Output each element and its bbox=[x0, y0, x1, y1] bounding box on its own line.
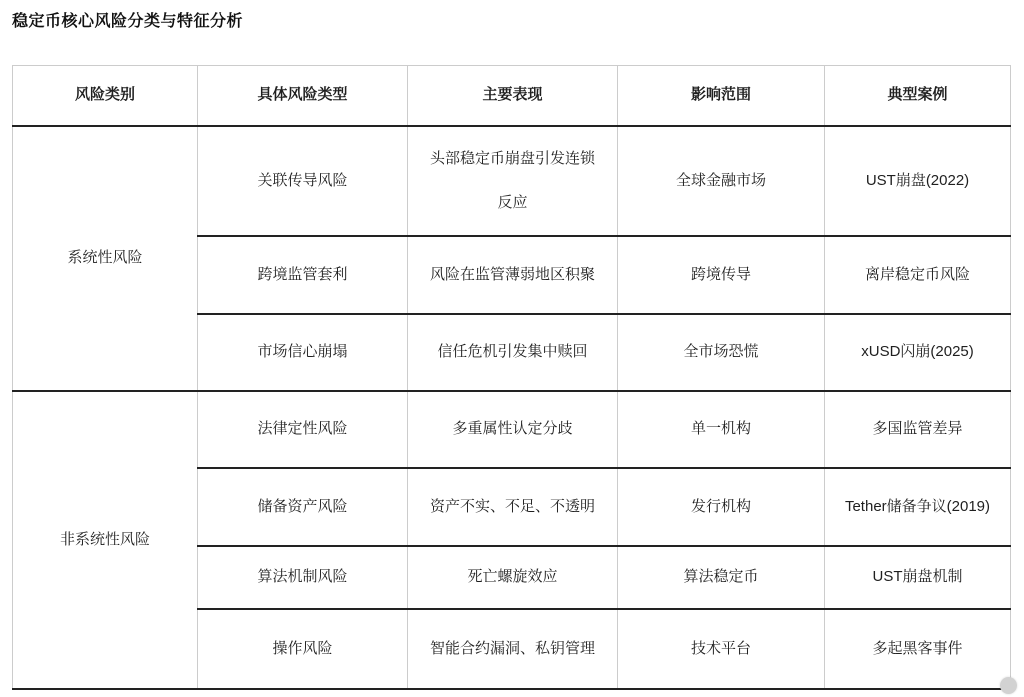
risk-type-cell: 储备资产风险 bbox=[198, 468, 408, 546]
case-cell: 多国监管差异 bbox=[825, 391, 1011, 468]
col-header-manifestation: 主要表现 bbox=[408, 66, 618, 126]
col-header-case: 典型案例 bbox=[825, 66, 1011, 126]
manifestation-cell: 风险在监管薄弱地区积聚 bbox=[408, 236, 618, 314]
manifestation-cell: 智能合约漏洞、私钥管理 bbox=[408, 609, 618, 689]
table-resize-handle-icon[interactable] bbox=[1000, 677, 1017, 694]
manifestation-cell: 死亡螺旋效应 bbox=[408, 546, 618, 609]
case-cell: UST崩盘机制 bbox=[825, 546, 1011, 609]
case-cell: Tether储备争议(2019) bbox=[825, 468, 1011, 546]
scope-cell: 单一机构 bbox=[618, 391, 825, 468]
risk-type-cell: 市场信心崩塌 bbox=[198, 314, 408, 391]
table-row: 非系统性风险 法律定性风险 多重属性认定分歧 单一机构 多国监管差异 bbox=[13, 391, 1011, 468]
scope-cell: 全市场恐慌 bbox=[618, 314, 825, 391]
page: 稳定币核心风险分类与特征分析 风险类别 具体风险类型 主要表现 影响范围 典型案… bbox=[0, 0, 1024, 697]
manifestation-cell: 多重属性认定分歧 bbox=[408, 391, 618, 468]
table-row: 系统性风险 关联传导风险 头部稳定币崩盘引发连锁 反应 全球金融市场 UST崩盘… bbox=[13, 126, 1011, 236]
scope-cell: 跨境传导 bbox=[618, 236, 825, 314]
col-header-risk-type: 具体风险类型 bbox=[198, 66, 408, 126]
risk-type-cell: 跨境监管套利 bbox=[198, 236, 408, 314]
col-header-scope: 影响范围 bbox=[618, 66, 825, 126]
risk-classification-table: 风险类别 具体风险类型 主要表现 影响范围 典型案例 系统性风险 关联传导风险 … bbox=[12, 65, 1011, 690]
page-title: 稳定币核心风险分类与特征分析 bbox=[12, 8, 243, 31]
col-header-risk-category: 风险类别 bbox=[13, 66, 198, 126]
scope-cell: 发行机构 bbox=[618, 468, 825, 546]
scope-cell: 全球金融市场 bbox=[618, 126, 825, 236]
case-cell: 离岸稳定币风险 bbox=[825, 236, 1011, 314]
case-cell: 多起黑客事件 bbox=[825, 609, 1011, 689]
category-cell-nonsystemic: 非系统性风险 bbox=[13, 391, 198, 689]
manifestation-cell: 头部稳定币崩盘引发连锁 反应 bbox=[408, 126, 618, 236]
manifestation-cell: 信任危机引发集中赎回 bbox=[408, 314, 618, 391]
case-cell: xUSD闪崩(2025) bbox=[825, 314, 1011, 391]
category-cell-systemic: 系统性风险 bbox=[13, 126, 198, 391]
risk-type-cell: 关联传导风险 bbox=[198, 126, 408, 236]
scope-cell: 算法稳定币 bbox=[618, 546, 825, 609]
table-header-row: 风险类别 具体风险类型 主要表现 影响范围 典型案例 bbox=[13, 66, 1011, 126]
case-cell: UST崩盘(2022) bbox=[825, 126, 1011, 236]
risk-type-cell: 法律定性风险 bbox=[198, 391, 408, 468]
scope-cell: 技术平台 bbox=[618, 609, 825, 689]
risk-type-cell: 操作风险 bbox=[198, 609, 408, 689]
risk-type-cell: 算法机制风险 bbox=[198, 546, 408, 609]
manifestation-cell: 资产不实、不足、不透明 bbox=[408, 468, 618, 546]
